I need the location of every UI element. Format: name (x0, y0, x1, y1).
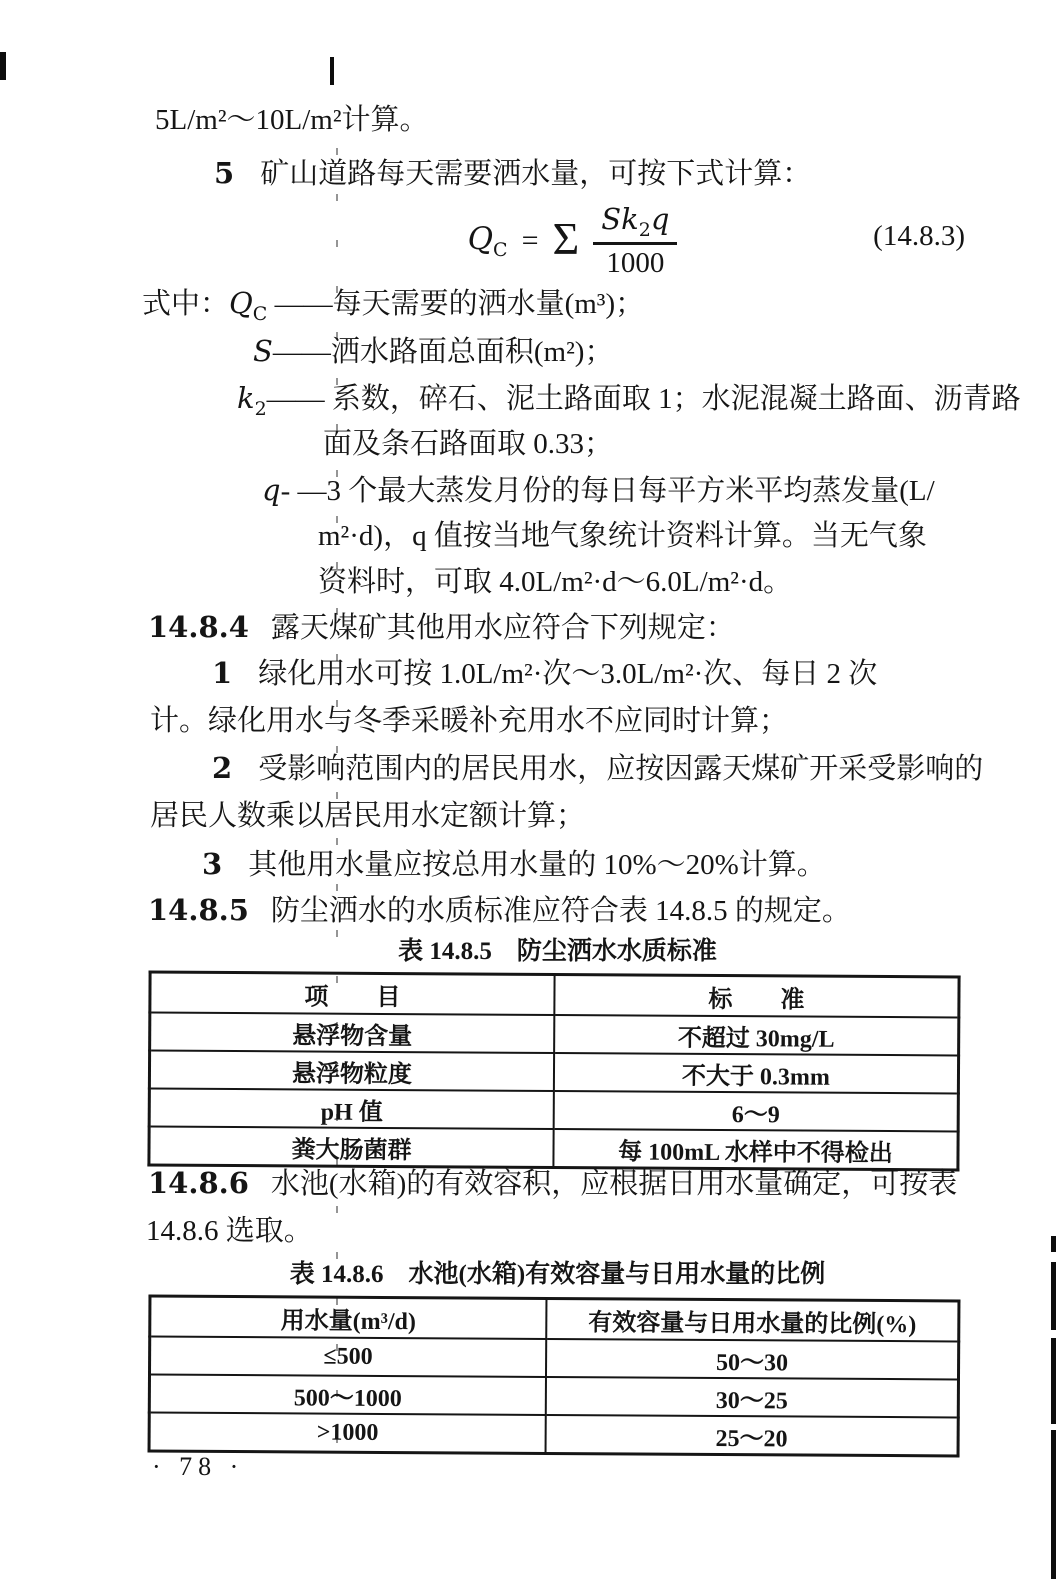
intro-line: 5L/m²～10L/m²计算。 (155, 100, 429, 140)
document-page: 5L/m²～10L/m²计算。 5矿山道路每天需要洒水量，可按下式计算： QC … (0, 0, 1058, 1579)
s-symbol: S (253, 334, 273, 368)
table-14-8-6-title: 表 14.8.6 水池(水箱)有效容量与日用水量的比例 (150, 1257, 965, 1293)
intro-text: 5L/m²～10L/m²计算。 (155, 104, 429, 136)
q-symbol: q (262, 473, 281, 507)
clause-1-line-2: 计。绿化用水与冬季采暖补充用水不应同时计算； (150, 701, 788, 741)
table-header-row: 项 目 标 准 (150, 972, 959, 1017)
table-row: 悬浮物含量 不超过 30mg/L (150, 1013, 959, 1056)
section-14-8-4-heading: 14.8.4露天煤矿其他用水应符合下列规定： (148, 607, 735, 648)
tank-capacity-ratio-table: 用水量(m³/d) 有效容量与日用水量的比例(%) ≤500 50～30 500… (148, 1295, 961, 1458)
formula-lhs: QC (468, 221, 508, 261)
equals-sign: = (522, 224, 539, 258)
clause-3-line: 3其他用水量应按总用水量的 10%～20%计算。 (202, 844, 826, 885)
table-row: 500～1000 30～25 (149, 1375, 958, 1418)
where-line-qc: 式中：QC ——每天需要的洒水量(m³)； (142, 283, 644, 334)
where-line-k2: k2—— 系数，碎石、泥土路面取 1；水泥混凝土路面、沥青路 (237, 378, 1021, 429)
column-header: 有效容量与日用水量的比例(%) (546, 1298, 959, 1341)
table-14-8-5-title: 表 14.8.5 防尘洒水水质标准 (150, 934, 965, 970)
section-14-8-5-heading: 14.8.5防尘洒水的水质标准应符合表 14.8.5 的规定。 (148, 890, 851, 931)
table-row: >1000 25～20 (149, 1413, 958, 1456)
scan-artifact-left-edge (0, 52, 6, 80)
qc-symbol: QC (229, 286, 267, 320)
item-5-line: 5矿山道路每天需要洒水量，可按下式计算： (214, 153, 811, 194)
item-5-number: 5 (214, 156, 234, 190)
where-line-k2-cont: 面及条石路面取 0.33； (323, 424, 613, 464)
item-5-text: 矿山道路每天需要洒水量，可按下式计算： (260, 158, 811, 190)
column-header: 用水量(m³/d) (150, 1296, 547, 1339)
fraction-numerator: Sk2q (593, 202, 677, 246)
sigma-symbol: Σ (552, 216, 579, 262)
column-header: 标 准 (554, 975, 959, 1018)
clause-2-line-2: 居民人数乘以居民用水定额计算； (150, 796, 585, 836)
scan-artifact-right-edge (1051, 1338, 1056, 1424)
section-14-8-6-line-2: 14.8.6 选取。 (146, 1211, 313, 1251)
water-quality-table: 项 目 标 准 悬浮物含量 不超过 30mg/L 悬浮物粒度 不大于 0.3mm… (147, 971, 960, 1172)
scan-artifact-top-tick (330, 57, 334, 85)
where-line-q: q- —3 个最大蒸发月份的每日每平方米平均蒸发量(L/ (262, 470, 935, 511)
equation-number: (14.8.3) (873, 220, 965, 253)
scan-artifact-right-edge (1051, 1430, 1056, 1579)
formula-14-8-3: QC = Σ Sk2q 1000 (150, 196, 965, 286)
table-header-row: 用水量(m³/d) 有效容量与日用水量的比例(%) (150, 1296, 959, 1341)
where-line-q-cont2: 资料时，可取 4.0L/m²·d～6.0L/m²·d。 (318, 562, 792, 602)
fraction-denominator: 1000 (606, 245, 664, 280)
section-number: 14.8.4 (148, 610, 249, 644)
table-row: pH 值 6～9 (149, 1089, 958, 1132)
scan-artifact-right-edge (1051, 1262, 1056, 1330)
page-number: · 78 · (152, 1452, 244, 1482)
column-header: 项 目 (150, 972, 555, 1015)
where-line-s: S——洒水路面总面积(m²)； (253, 331, 613, 372)
table-row: 悬浮物粒度 不大于 0.3mm (149, 1051, 958, 1094)
k2-symbol: k2 (237, 381, 267, 415)
fraction: Sk2q 1000 (593, 202, 677, 281)
section-14-8-6-heading: 14.8.6水池(水箱)的有效容积，应根据日用水量确定，可按表 (148, 1163, 957, 1204)
table-row: ≤500 50～30 (150, 1337, 959, 1380)
formula-block: QC = Σ Sk2q 1000 (14.8.3) (150, 196, 965, 286)
scan-artifact-right-edge (1051, 1236, 1056, 1252)
where-line-q-cont1: m²·d)，q 值按当地气象统计资料计算。当无气象 (318, 516, 927, 556)
clause-2-line-1: 2受影响范围内的居民用水，应按因露天煤矿开采受影响的 (212, 748, 983, 789)
clause-1-line-1: 1绿化用水可按 1.0L/m²·次～3.0L/m²·次、每日 2 次 (212, 653, 877, 694)
